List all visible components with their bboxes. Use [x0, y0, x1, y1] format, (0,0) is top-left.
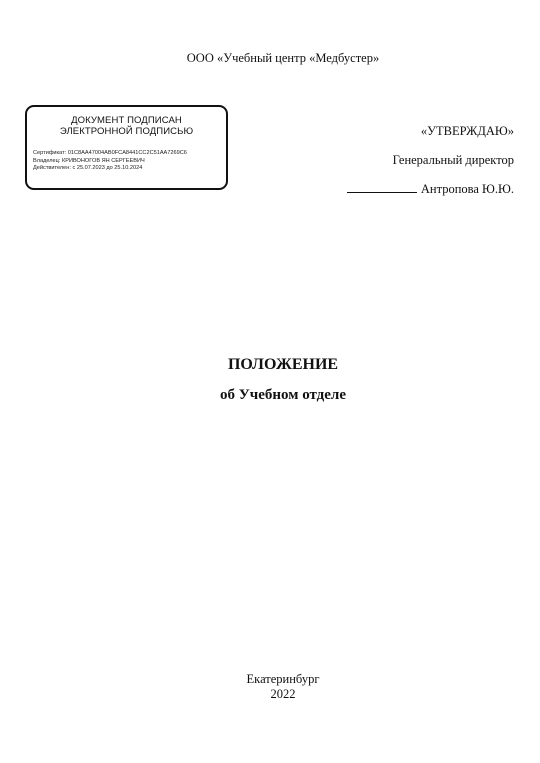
stamp-validity: Действителен: с 25.07.2023 до 25.10.2024: [33, 165, 187, 173]
organization-name: ООО «Учебный центр «Медбустер»: [0, 51, 540, 66]
stamp-title-line-2: ЭЛЕКТРОННОЙ ПОДПИСЬЮ: [27, 126, 226, 137]
document-subtitle: об Учебном отделе: [0, 385, 540, 405]
document-footer: Екатеринбург 2022: [0, 672, 540, 702]
approval-label: «УТВЕРЖДАЮ»: [347, 124, 514, 153]
approval-block: «УТВЕРЖДАЮ» Генеральный директор Антропо…: [347, 124, 514, 211]
footer-year: 2022: [0, 687, 540, 702]
document-title: ПОЛОЖЕНИЕ: [0, 355, 540, 375]
document-title-block: ПОЛОЖЕНИЕ об Учебном отделе: [0, 355, 540, 405]
stamp-title-line-1: ДОКУМЕНТ ПОДПИСАН: [27, 115, 226, 126]
stamp-details: Сертификат: 01C8AA47004AB0FCA8441CC2C51A…: [33, 150, 187, 173]
electronic-signature-stamp: ДОКУМЕНТ ПОДПИСАН ЭЛЕКТРОННОЙ ПОДПИСЬЮ С…: [25, 105, 228, 190]
approval-signature-row: Антропова Ю.Ю.: [347, 182, 514, 211]
signature-line: [347, 182, 417, 193]
stamp-title: ДОКУМЕНТ ПОДПИСАН ЭЛЕКТРОННОЙ ПОДПИСЬЮ: [27, 115, 226, 137]
approval-position: Генеральный директор: [347, 153, 514, 182]
approval-signatory: Антропова Ю.Ю.: [421, 182, 514, 196]
footer-city: Екатеринбург: [0, 672, 540, 687]
stamp-certificate: Сертификат: 01C8AA47004AB0FCA8441CC2C51A…: [33, 150, 187, 158]
